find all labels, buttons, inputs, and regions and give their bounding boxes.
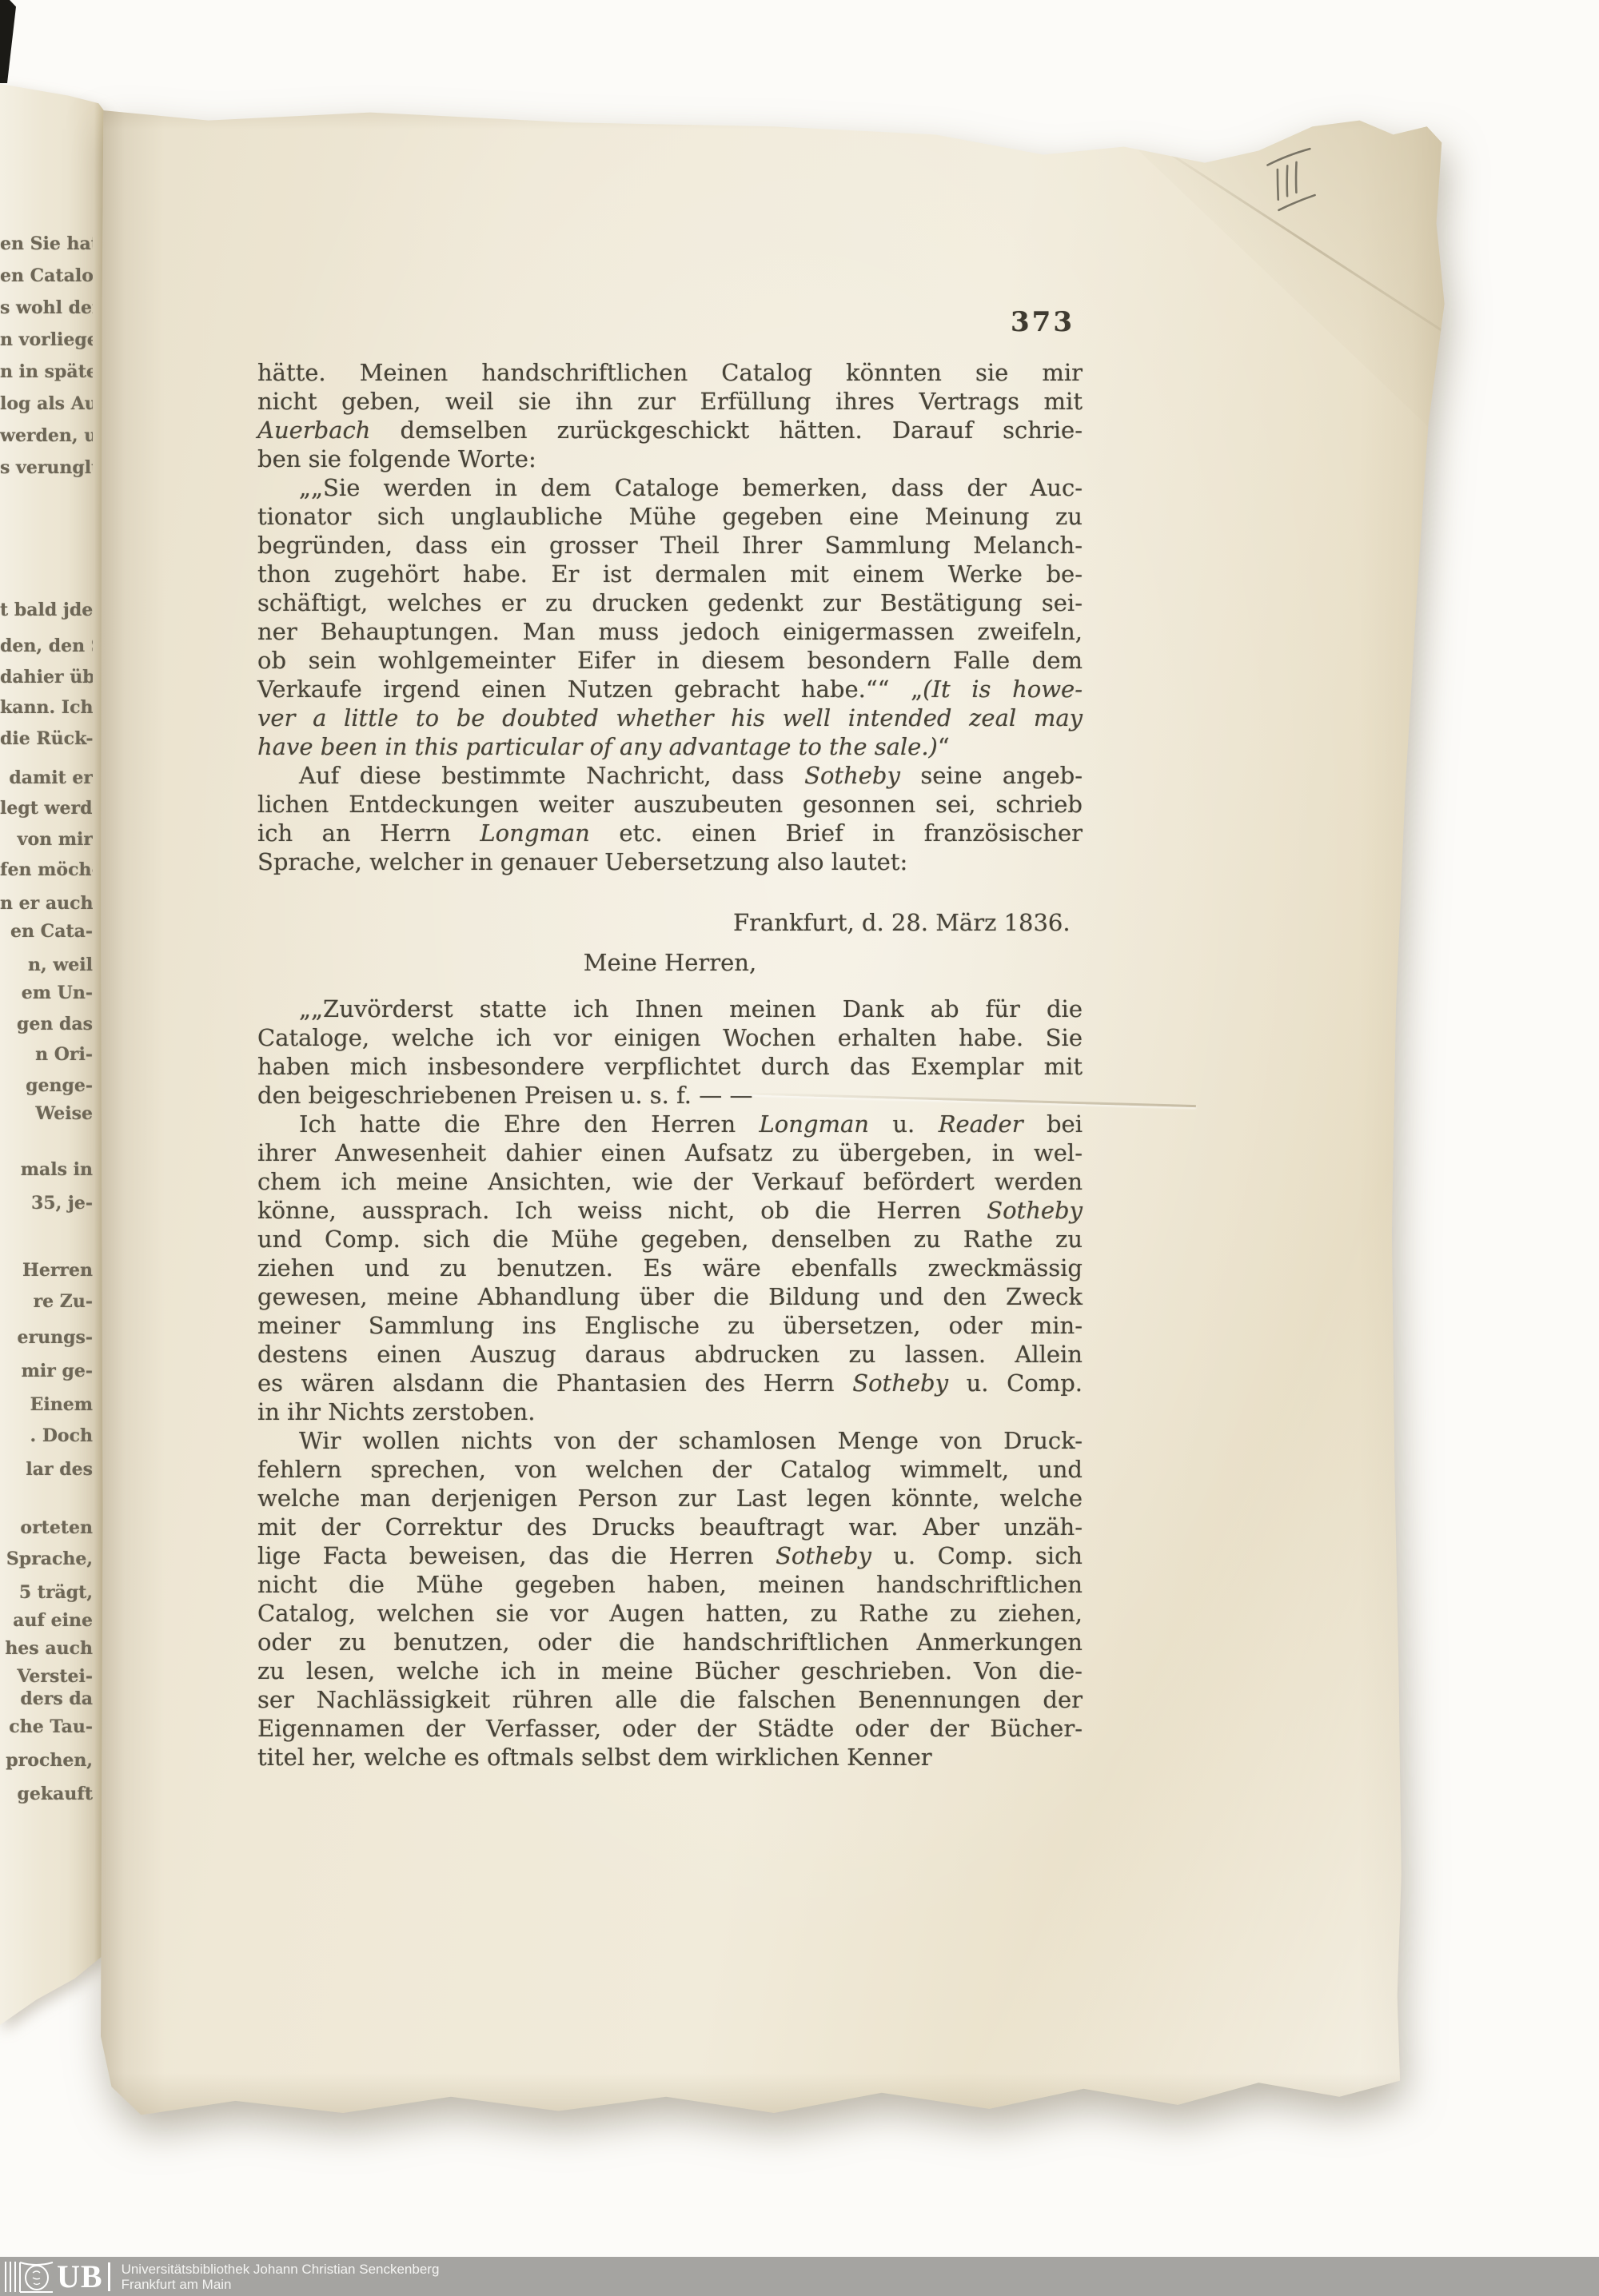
text-line: fehlern sprechen, von welchen der Catalo… — [257, 1455, 1083, 1484]
text-line: nicht geben, weil sie ihn zur Erfüllung … — [257, 387, 1083, 416]
dateline: Frankfurt, d. 28. März 1836. — [733, 908, 1083, 937]
text-line: in ihr Nichts zerstoben. — [257, 1397, 1083, 1426]
text-line: meiner Sammlung ins Englische zu überset… — [257, 1311, 1083, 1340]
ub-logo-icon — [4, 2260, 54, 2294]
footer-text: Universitätsbibliothek Johann Christian … — [122, 2262, 440, 2292]
text-line: „„Zuvörderst statte ich Ihnen meinen Dan… — [257, 995, 1083, 1023]
text-line: ob sein wohlgemeinter Eifer in diesem be… — [257, 646, 1083, 675]
page-number: 373 — [257, 305, 1083, 339]
text-line: welche man derjenigen Person zur Last le… — [257, 1484, 1083, 1513]
text-line: have been in this particular of any adva… — [257, 732, 1083, 761]
scan-edge-artifact — [0, 0, 16, 83]
footer-city: Frankfurt am Main — [122, 2277, 440, 2292]
text-line: Wir wollen nichts von der schamlosen Men… — [257, 1426, 1083, 1455]
previous-page-edge — [0, 84, 107, 2025]
text-line: Ich hatte die Ehre den Herren Longman u.… — [257, 1110, 1083, 1138]
text-line: oder zu benutzen, oder die handschriftli… — [257, 1628, 1083, 1656]
text-line: ser Nachlässigkeit rühren alle die falsc… — [257, 1685, 1083, 1714]
text-line: mit der Correktur des Drucks beauftragt … — [257, 1513, 1083, 1541]
text-line: tionator sich unglaubliche Mühe gegeben … — [257, 502, 1083, 531]
text-line: schäftigt, welches er zu drucken gedenkt… — [257, 588, 1083, 617]
text-line: Sprache, welcher in genauer Uebersetzung… — [257, 847, 1083, 876]
scanned-book-page: en Sie hat michen Catalog auf-s wohl der… — [0, 0, 1599, 2296]
text-line: ner Behauptungen. Man muss jedoch einige… — [257, 617, 1083, 646]
text-line: den beigeschriebenen Preisen u. s. f. — … — [257, 1081, 1083, 1110]
text-line: lige Facta beweisen, das die Herren Soth… — [257, 1541, 1083, 1570]
text-line: destens einen Auszug daraus abdrucken zu… — [257, 1340, 1083, 1369]
text-line: es wären alsdann die Phantasien des Herr… — [257, 1369, 1083, 1397]
text-line: ver a little to be doubted whether his w… — [257, 704, 1083, 732]
text-line: Cataloge, welche ich vor einigen Wochen … — [257, 1023, 1083, 1052]
text-line: zu lesen, welche ich in meine Bücher ges… — [257, 1656, 1083, 1685]
text-line: Catalog, welchen sie vor Augen hatten, z… — [257, 1599, 1083, 1628]
ub-logo-text: UB — [57, 2261, 103, 2293]
text-line: lichen Entdeckungen weiter auszubeuten g… — [257, 790, 1083, 819]
text-line: begründen, dass ein grosser Theil Ihrer … — [257, 531, 1083, 560]
text-column: 373 hätte. Meinen handschriftlichen Cata… — [257, 305, 1083, 1772]
text-line: titel her, welche es oftmals selbst dem … — [257, 1743, 1083, 1772]
text-line: thon zugehört habe. Er ist dermalen mit … — [257, 560, 1083, 588]
text-line: Verkaufe irgend einen Nutzen gebracht ha… — [257, 675, 1083, 704]
text-line: Auerbach demselben zurückgeschickt hätte… — [257, 416, 1083, 444]
salutation: Meine Herren, — [257, 948, 1083, 977]
previous-page-paper — [0, 84, 107, 2025]
footer-library-name: Universitätsbibliothek Johann Christian … — [122, 2262, 440, 2277]
text-line: und Comp. sich die Mühe gegeben, denselb… — [257, 1225, 1083, 1254]
text-line: ben sie folgende Worte: — [257, 444, 1083, 473]
text-line: Auf diese bestimmte Nachricht, dass Soth… — [257, 761, 1083, 790]
text-line: ziehen und zu benutzen. Es wäre ebenfall… — [257, 1254, 1083, 1282]
text-line: haben mich insbesondere verpflichtet dur… — [257, 1052, 1083, 1081]
text-line: hätte. Meinen handschriftlichen Catalog … — [257, 358, 1083, 387]
text-line: könne, aussprach. Ich weiss nicht, ob di… — [257, 1196, 1083, 1225]
ub-logo: UB — [4, 2260, 110, 2294]
text-line: chem ich meine Ansichten, wie der Verkau… — [257, 1167, 1083, 1196]
text-line: ihrer Anwesenheit dahier einen Aufsatz z… — [257, 1138, 1083, 1167]
text-line: ich an Herrn Longman etc. einen Brief in… — [257, 819, 1083, 847]
text-line: „„Sie werden in dem Cataloge bemerken, d… — [257, 473, 1083, 502]
logo-separator — [108, 2262, 110, 2291]
library-footer-bar: UB Universitätsbibliothek Johann Christi… — [0, 2257, 1599, 2296]
text-line: nicht die Mühe gegeben haben, meinen han… — [257, 1570, 1083, 1599]
text-line: Eigennamen der Verfasser, oder der Städt… — [257, 1714, 1083, 1743]
text-line: gewesen, meine Abhandlung über die Bildu… — [257, 1282, 1083, 1311]
